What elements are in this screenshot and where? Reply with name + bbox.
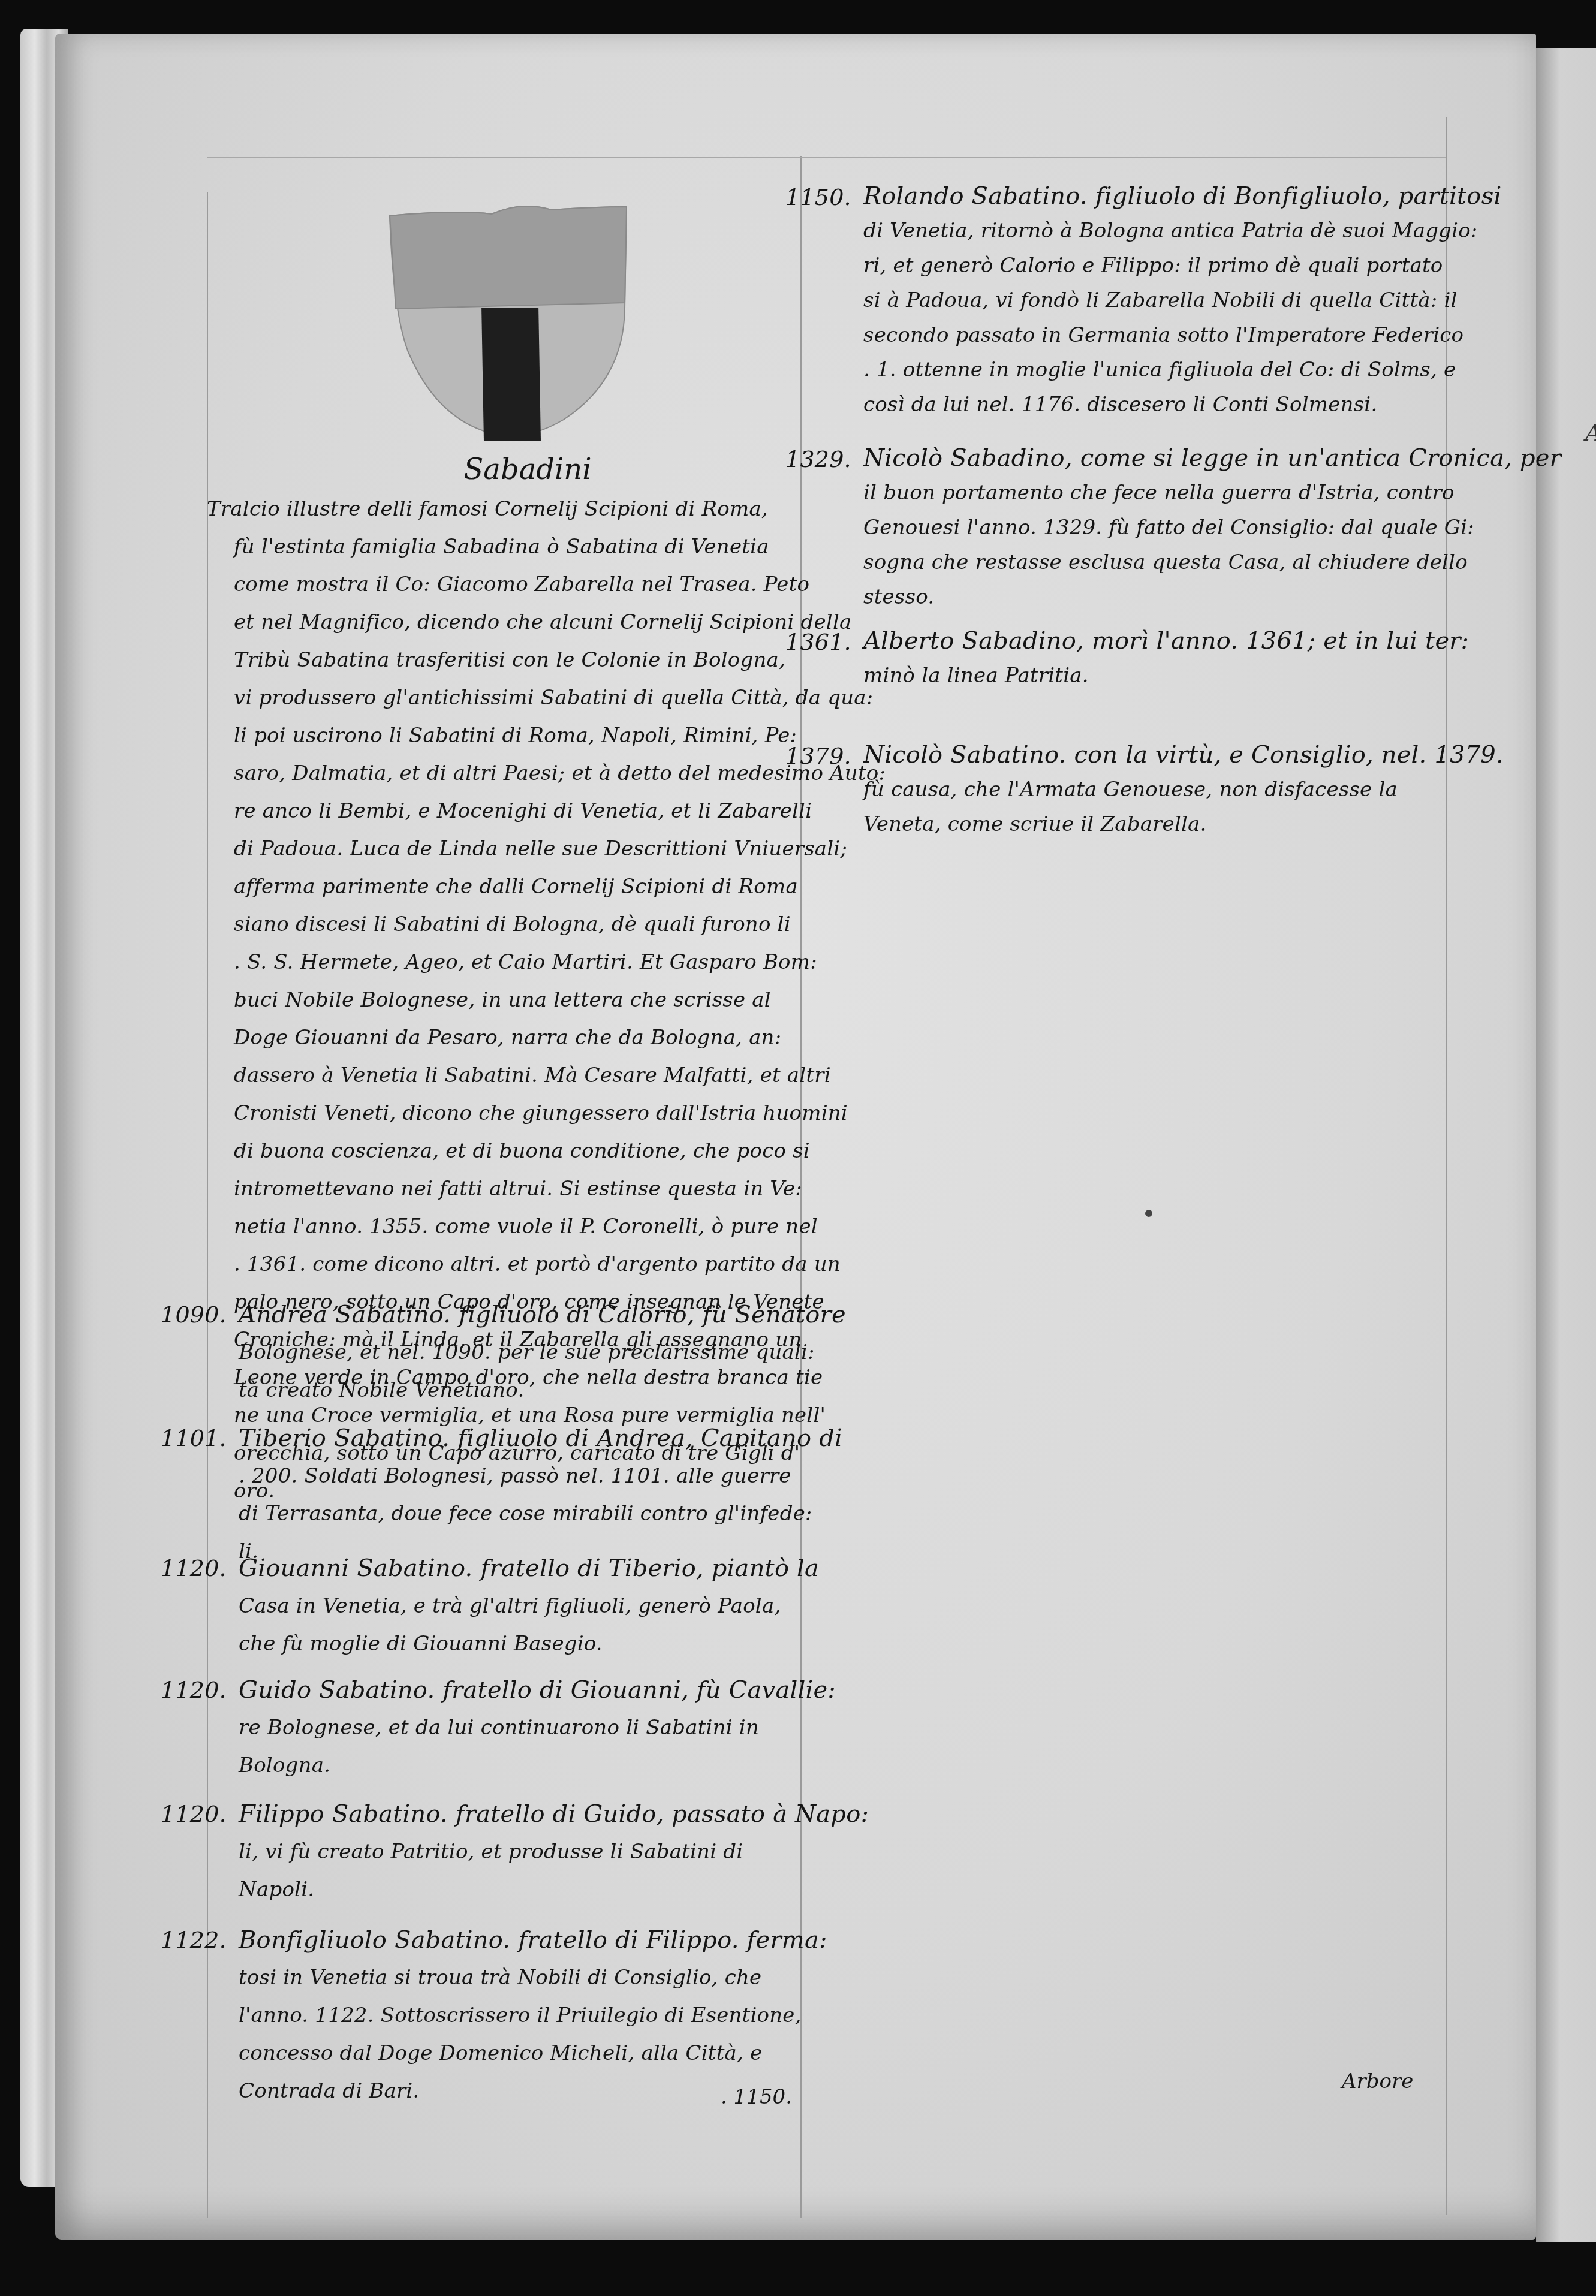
facing-page-letter: A	[1585, 420, 1596, 446]
right-margin-rule	[1446, 117, 1447, 2215]
entry-line: Nicolò Sabatino. con la virtù, e Consigl…	[863, 737, 1504, 772]
entry-year: 1150.	[785, 179, 851, 216]
intro-line: afferma parimente che dalli Cornelij Sci…	[234, 868, 800, 906]
entry-line: di Terrasanta, doue fece cose mirabili c…	[239, 1495, 842, 1533]
entry-line: il buon portamento che fece nella guerra…	[863, 475, 1561, 510]
entry-year: 1120.	[161, 1795, 227, 1833]
entry-line: Tiberio Sabatino. figliuolo di Andrea, C…	[239, 1420, 842, 1457]
intro-line: . 1361. come dicono altri. et portò d'ar…	[234, 1246, 800, 1283]
entry-line: Bonfigliuolo Sabatino. fratello di Filip…	[239, 1921, 827, 1959]
entry-line: l'anno. 1122. Sottoscrissero il Priuileg…	[239, 1997, 827, 2035]
entry-line: ri, et generò Calorio e Filippo: il prim…	[863, 248, 1501, 283]
facing-page-edge: A	[1536, 48, 1596, 2242]
catchword-left: . 1150.	[721, 2085, 792, 2109]
entry-line: tosi in Venetia si troua trà Nobili di C…	[239, 1959, 827, 1997]
entry-line: stesso.	[863, 580, 1561, 614]
entry-line: che fù moglie di Giouanni Basegio.	[239, 1625, 819, 1663]
intro-line: dassero à Venetia li Sabatini. Mà Cesare…	[234, 1057, 800, 1095]
entry-year: 1120.	[161, 1671, 227, 1709]
intro-line: Cronisti Veneti, dicono che giungessero …	[234, 1095, 800, 1132]
entry-line: di Venetia, ritornò à Bologna antica Pat…	[863, 213, 1501, 248]
entry-year: 1122.	[161, 1921, 227, 1959]
intro-line: Tralcio illustre delli famosi Cornelij S…	[207, 490, 800, 528]
entry-line: tà creato Nobile Venetiano.	[239, 1372, 846, 1409]
intro-line: et nel Magnifico, dicendo che alcuni Cor…	[234, 604, 800, 641]
intro-line: Tribù Sabatina trasferitisi con le Colon…	[234, 641, 800, 679]
entry-line: Filippo Sabatino. fratello di Guido, pas…	[239, 1795, 869, 1833]
coat-of-arms-shield-icon	[384, 201, 636, 441]
entry-line: . 200. Soldati Bolognesi, passò nel. 110…	[239, 1457, 842, 1495]
entry-line: Bolognese, et nel. 1090. per le sue prec…	[239, 1334, 846, 1372]
catchword-right: Arbore	[1342, 2069, 1413, 2093]
intro-line: . S. S. Hermete, Ageo, et Caio Martiri. …	[234, 944, 800, 981]
entry-year: 1120.	[161, 1550, 227, 1587]
entry-line: si à Padoua, vi fondò li Zabarella Nobil…	[863, 283, 1501, 318]
entry-year: 1329.	[785, 441, 851, 478]
intro-line: siano discesi li Sabatini di Bologna, dè…	[234, 906, 800, 944]
entry-line: fù causa, che l'Armata Genouese, non dis…	[863, 772, 1504, 807]
entry-year: 1379.	[785, 737, 851, 775]
entry-line: secondo passato in Germania sotto l'Impe…	[863, 318, 1501, 352]
intro-line: come mostra il Co: Giacomo Zabarella nel…	[234, 566, 800, 604]
entry-line: così da lui nel. 1176. discesero li Cont…	[863, 387, 1501, 422]
ink-spot	[1145, 1210, 1152, 1217]
intro-line: di Padoua. Luca de Linda nelle sue Descr…	[234, 830, 800, 868]
entry-line: Napoli.	[239, 1871, 869, 1909]
intro-line: saro, Dalmatia, et di altri Paesi; et à …	[234, 755, 800, 793]
intro-line: li poi uscirono li Sabatini di Roma, Nap…	[234, 717, 800, 755]
entry-line: Genouesi l'anno. 1329. fù fatto del Cons…	[863, 510, 1561, 545]
entry-line: li, vi fù creato Patritio, et produsse l…	[239, 1833, 869, 1871]
intro-line: Doge Giouanni da Pesaro, narra che da Bo…	[234, 1019, 800, 1057]
entry-year: 1361.	[785, 623, 851, 661]
entry-line: Alberto Sabadino, morì l'anno. 1361; et …	[863, 623, 1469, 658]
entry-line: Guido Sabatino. fratello di Giouanni, fù…	[239, 1671, 836, 1709]
entry-line: Andrea Sabatino. figliuolo di Calorio, f…	[239, 1296, 846, 1334]
entry-line: sogna che restasse esclusa questa Casa, …	[863, 545, 1561, 580]
intro-line: vi produssero gl'antichissimi Sabatini d…	[234, 679, 800, 717]
entry-line: Rolando Sabatino. figliuolo di Bonfigliu…	[863, 179, 1501, 213]
entry-line: minò la linea Patritia.	[863, 658, 1469, 693]
entry-year: 1101.	[161, 1420, 227, 1457]
entry-year: 1090.	[161, 1296, 227, 1334]
intro-line: buci Nobile Bolognese, in una lettera ch…	[234, 981, 800, 1019]
entry-line: Casa in Venetia, e trà gl'altri figliuol…	[239, 1587, 819, 1625]
intro-line: re anco li Bembi, e Mocenighi di Venetia…	[234, 793, 800, 830]
intro-line: intromettevano nei fatti altrui. Si esti…	[234, 1170, 800, 1208]
entry-line: . 1. ottenne in moglie l'unica figliuola…	[863, 352, 1501, 387]
entry-line: Nicolò Sabadino, come si legge in un'ant…	[863, 441, 1561, 475]
intro-line: di buona coscienza, et di buona conditio…	[234, 1132, 800, 1170]
entry-line: Giouanni Sabatino. fratello di Tiberio, …	[239, 1550, 819, 1587]
intro-line: fù l'estinta famiglia Sabadina ò Sabatin…	[234, 528, 800, 566]
intro-line: netia l'anno. 1355. come vuole il P. Cor…	[234, 1208, 800, 1246]
entry-line: re Bolognese, et da lui continuarono li …	[239, 1709, 836, 1747]
family-title: Sabadini	[432, 453, 624, 486]
entry-line: Veneta, come scriue il Zabarella.	[863, 807, 1504, 842]
entry-line: Bologna.	[239, 1747, 836, 1785]
entry-line: concesso dal Doge Domenico Micheli, alla…	[239, 2035, 827, 2072]
top-margin-rule	[207, 157, 1446, 158]
